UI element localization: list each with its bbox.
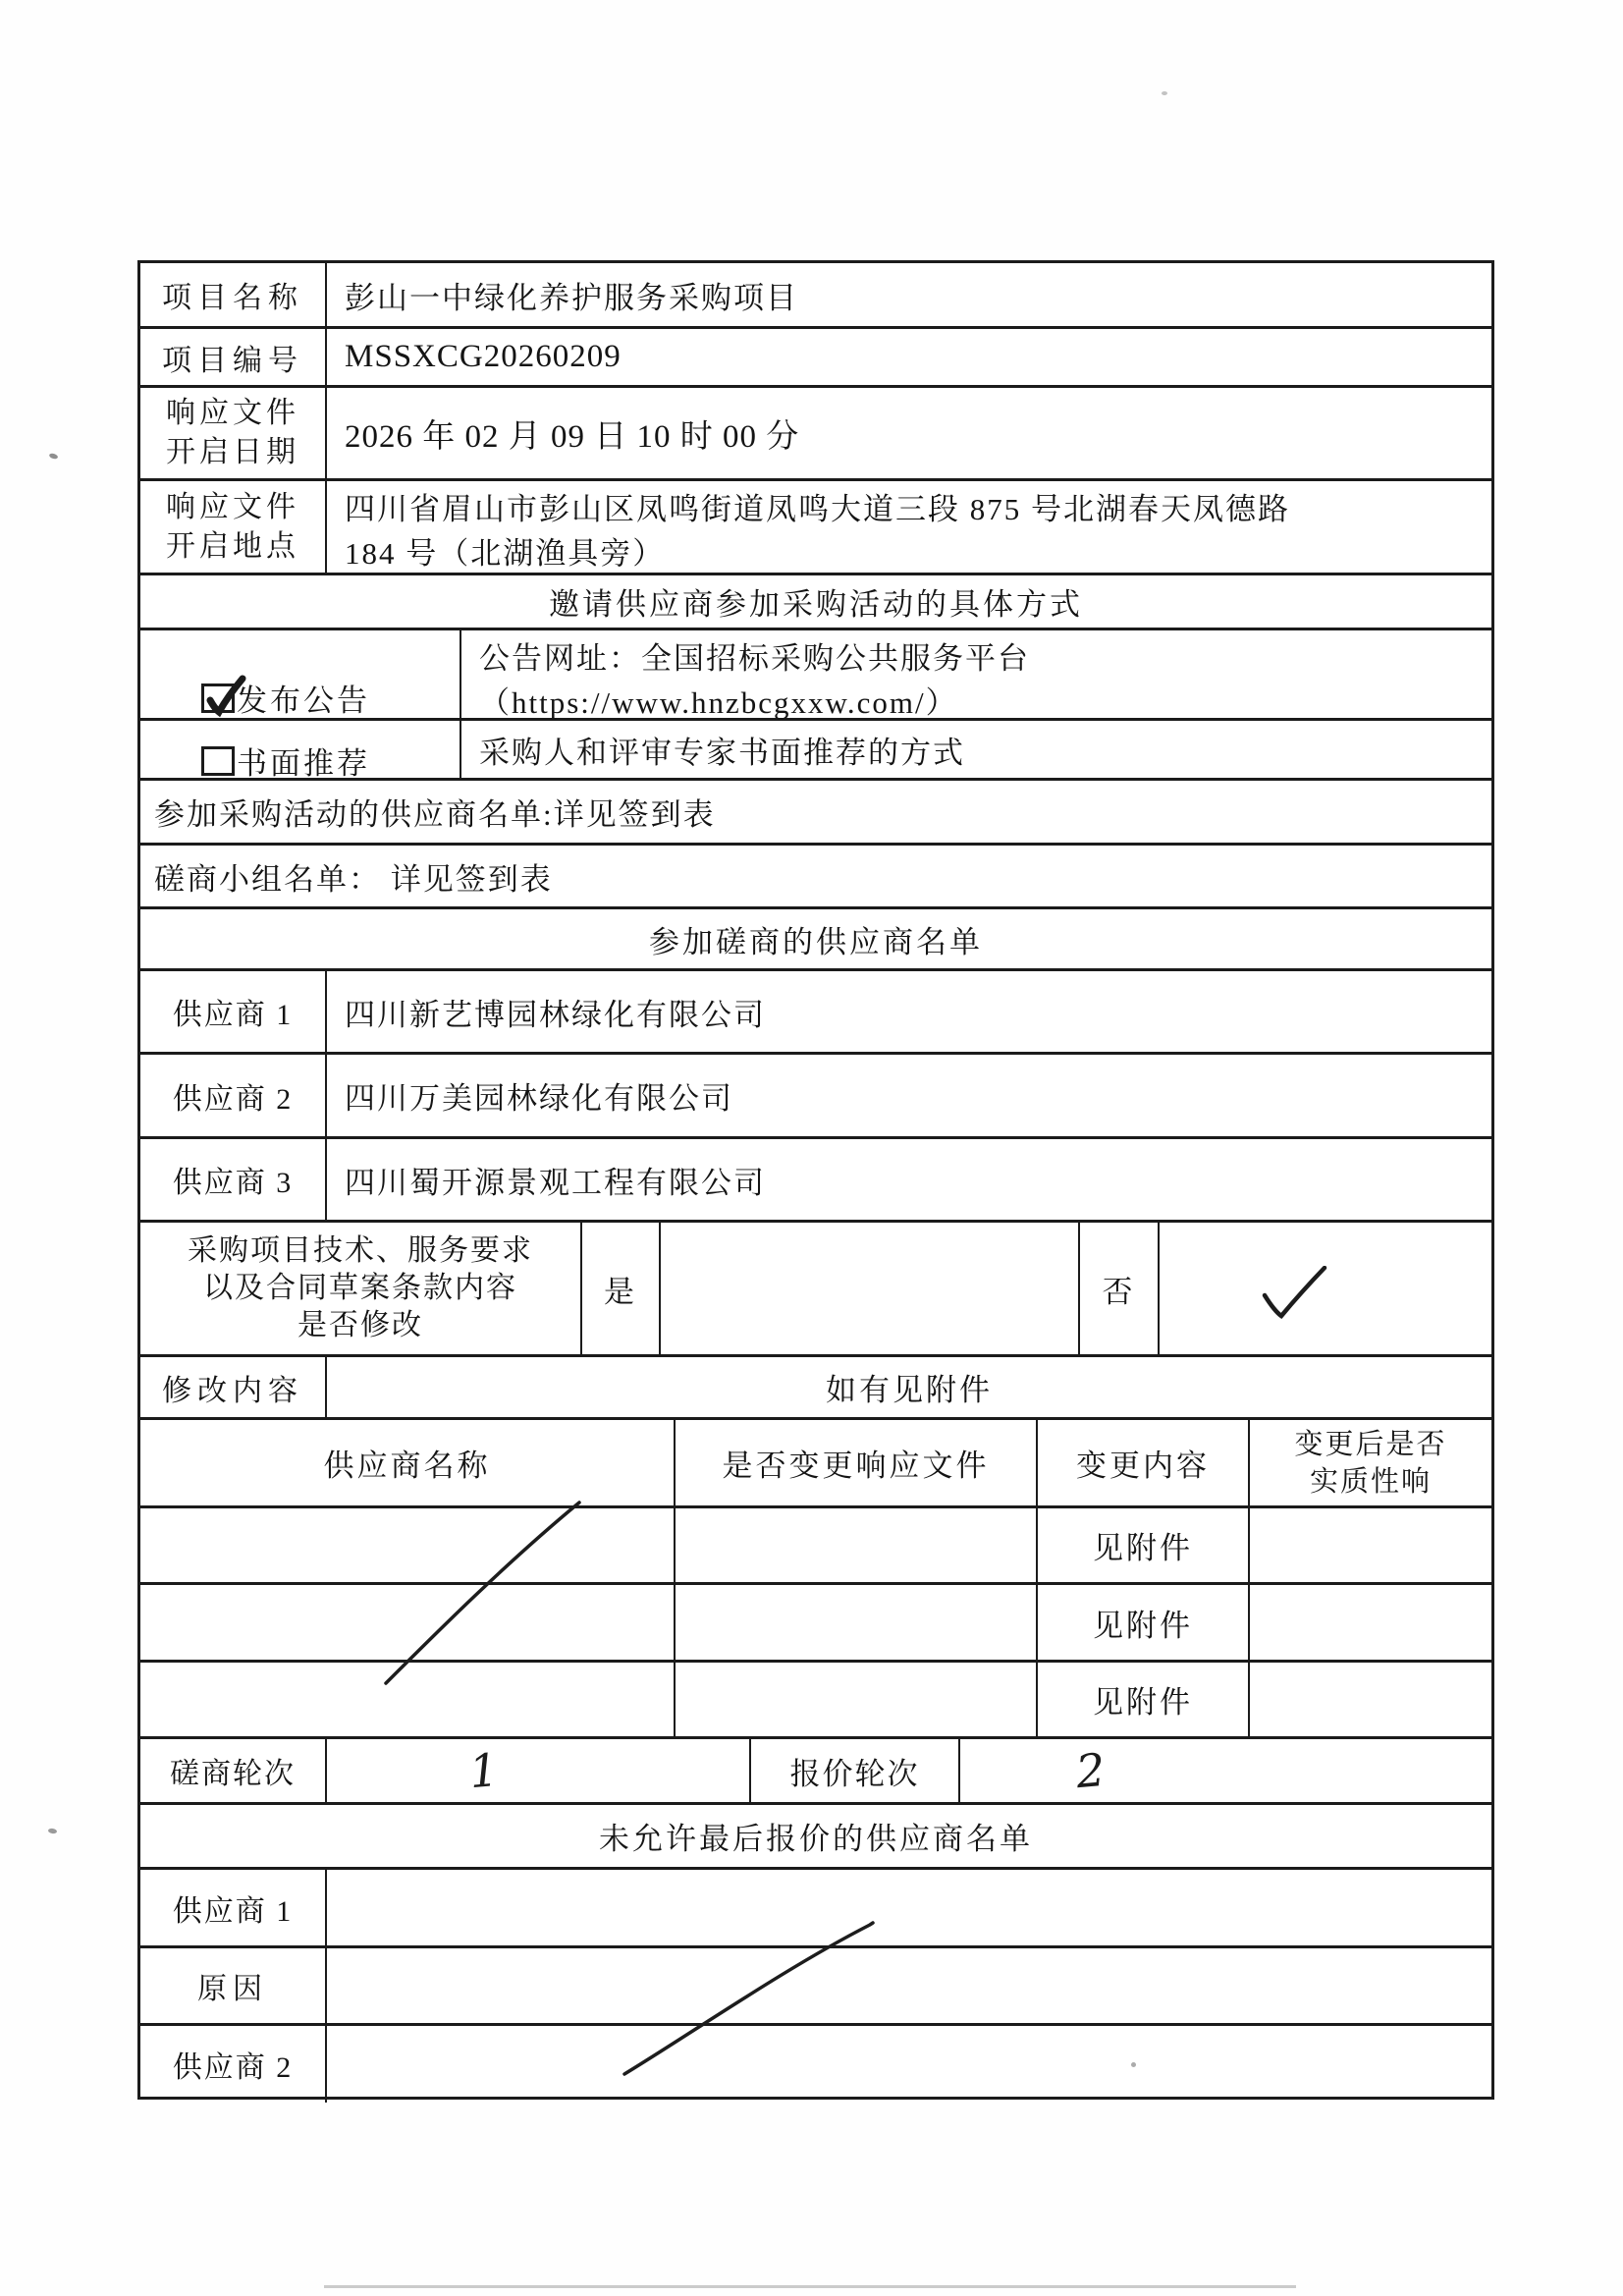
project-number-label: 项目编号 [140, 329, 327, 385]
written-recommendation-option: 书面推荐 [140, 721, 461, 778]
scan-speck [1131, 2062, 1136, 2067]
table-row: 见附件 [140, 1585, 1491, 1663]
table-row: 发布公告 公告网址：全国招标采购公共服务平台 （https://www.hnzb… [140, 630, 1491, 721]
table-row: 未允许最后报价的供应商名单 [140, 1805, 1491, 1870]
modification-yes-answer-cell [661, 1223, 1080, 1354]
invitation-method-header: 邀请供应商参加采购活动的具体方式 [140, 575, 1491, 628]
consultation-round-value: 1 [327, 1739, 751, 1802]
table-row: 供应商 3 四川蜀开源景观工程有限公司 [140, 1139, 1491, 1223]
project-name-value: 彭山一中绿化养护服务采购项目 [327, 263, 1491, 326]
scan-speck [1162, 91, 1167, 95]
label-line: 实质性响 [1310, 1463, 1432, 1501]
not-allowed-supplier-2-label: 供应商 2 [140, 2026, 327, 2103]
change-row-2-substantive [1250, 1585, 1491, 1660]
project-number-value: MSSXCG20260209 [327, 329, 1491, 385]
scanner-edge-artifact [324, 2285, 1296, 2288]
label-line: 响应文件 [166, 394, 299, 433]
change-row-3-changed [676, 1663, 1038, 1736]
panel-note: 磋商小组名单： 详见签到表 [140, 846, 1491, 906]
scanned-document-page: 项目名称 彭山一中绿化养护服务采购项目 项目编号 MSSXCG20260209 … [0, 0, 1623, 2296]
not-allowed-supplier-1-label: 供应商 1 [140, 1870, 327, 1945]
label-line: 响应文件 [166, 488, 299, 527]
scan-speck [48, 1828, 58, 1833]
table-row: 参加采购活动的供应商名单:详见签到表 [140, 781, 1491, 846]
quote-round-value: 2 [960, 1739, 1491, 1802]
modification-content-label: 修改内容 [140, 1357, 327, 1417]
change-row-3-supplier [140, 1663, 676, 1736]
modification-question-label: 采购项目技术、服务要求 以及合同草案条款内容 是否修改 [140, 1223, 582, 1354]
change-row-1-content: 见附件 [1038, 1508, 1250, 1582]
change-row-3-content: 见附件 [1038, 1663, 1250, 1736]
change-row-2-content: 见附件 [1038, 1585, 1250, 1660]
table-row: 修改内容 如有见附件 [140, 1357, 1491, 1420]
table-row: 响应文件 开启地点 四川省眉山市彭山区凤鸣街道凤鸣大道三段 875 号北湖春天凤… [140, 481, 1491, 575]
table-row: 见附件 [140, 1663, 1491, 1739]
supplier-2-name: 四川万美园林绿化有限公司 [327, 1055, 1491, 1136]
change-header-substantive: 变更后是否 实质性响 [1250, 1420, 1491, 1505]
response-open-date-label: 响应文件 开启日期 [140, 388, 327, 478]
table-row: 项目编号 MSSXCG20260209 [140, 329, 1491, 388]
change-row-3-substantive [1250, 1663, 1491, 1736]
publish-announcement-label: 发布公告 [237, 676, 370, 720]
consultation-round-label: 磋商轮次 [140, 1739, 327, 1802]
publish-announcement-checkbox [201, 683, 235, 713]
not-allowed-supplier-2-value [327, 2026, 1491, 2103]
announcement-url-line-1: 公告网址：全国招标采购公共服务平台 [479, 636, 1491, 681]
written-recommendation-checkbox [201, 746, 235, 776]
not-allowed-header: 未允许最后报价的供应商名单 [140, 1805, 1491, 1867]
modification-no-label: 否 [1080, 1223, 1160, 1354]
modification-yes-label: 是 [582, 1223, 661, 1354]
response-open-date-value: 2026 年 02 月 09 日 10 时 00 分 [327, 388, 1491, 478]
supplier-1-label: 供应商 1 [140, 971, 327, 1052]
supplier-3-label: 供应商 3 [140, 1139, 327, 1220]
label-line: 变更后是否 [1294, 1426, 1446, 1463]
table-row: 供应商名称 是否变更响应文件 变更内容 变更后是否 实质性响 [140, 1420, 1491, 1508]
modification-no-answer-cell [1160, 1223, 1491, 1354]
change-row-2-changed [676, 1585, 1038, 1660]
handwritten-checkmark-icon [1260, 1266, 1338, 1325]
supplier-3-name: 四川蜀开源景观工程有限公司 [327, 1139, 1491, 1220]
scan-speck [48, 453, 58, 461]
participants-note: 参加采购活动的供应商名单:详见签到表 [140, 781, 1491, 843]
table-row: 供应商 1 [140, 1870, 1491, 1948]
written-recommendation-label: 书面推荐 [237, 738, 370, 783]
written-recommendation-value: 采购人和评审专家书面推荐的方式 [461, 721, 1491, 778]
publish-announcement-option: 发布公告 [140, 630, 461, 718]
modification-content-value: 如有见附件 [327, 1357, 1491, 1417]
table-row: 磋商小组名单： 详见签到表 [140, 846, 1491, 909]
consultation-suppliers-header: 参加磋商的供应商名单 [140, 909, 1491, 968]
table-row: 供应商 2 [140, 2026, 1491, 2103]
change-header-supplier: 供应商名称 [140, 1420, 676, 1505]
procurement-record-table: 项目名称 彭山一中绿化养护服务采购项目 项目编号 MSSXCG20260209 … [137, 260, 1494, 2100]
table-row: 采购项目技术、服务要求 以及合同草案条款内容 是否修改 是 否 [140, 1223, 1491, 1357]
label-line: 开启日期 [166, 433, 299, 472]
address-line-1: 四川省眉山市彭山区凤鸣街道凤鸣大道三段 875 号北湖春天凤德路 [345, 487, 1491, 531]
table-row: 参加磋商的供应商名单 [140, 909, 1491, 971]
supplier-2-label: 供应商 2 [140, 1055, 327, 1136]
table-row: 见附件 [140, 1508, 1491, 1585]
handwritten-round-number: 2 [1074, 1743, 1108, 1798]
table-row: 响应文件 开启日期 2026 年 02 月 09 日 10 时 00 分 [140, 388, 1491, 481]
label-line: 是否修改 [298, 1307, 423, 1344]
change-header-content: 变更内容 [1038, 1420, 1250, 1505]
not-allowed-reason-label: 原因 [140, 1948, 327, 2023]
handwritten-round-number: 1 [467, 1743, 501, 1798]
handwritten-check-icon [200, 673, 251, 720]
table-row: 书面推荐 采购人和评审专家书面推荐的方式 [140, 721, 1491, 781]
quote-round-label: 报价轮次 [751, 1739, 960, 1802]
response-open-place-value: 四川省眉山市彭山区凤鸣街道凤鸣大道三段 875 号北湖春天凤德路 184 号（北… [327, 481, 1491, 573]
table-row: 邀请供应商参加采购活动的具体方式 [140, 575, 1491, 630]
table-row: 供应商 2 四川万美园林绿化有限公司 [140, 1055, 1491, 1139]
publish-announcement-value: 公告网址：全国招标采购公共服务平台 （https://www.hnzbcgxxw… [461, 630, 1491, 718]
change-header-changed: 是否变更响应文件 [676, 1420, 1038, 1505]
response-open-place-label: 响应文件 开启地点 [140, 481, 327, 573]
supplier-1-name: 四川新艺博园林绿化有限公司 [327, 971, 1491, 1052]
address-line-2: 184 号（北湖渔具旁） [345, 531, 1491, 575]
label-line: 开启地点 [166, 527, 299, 567]
label-line: 以及合同草案条款内容 [203, 1270, 517, 1307]
change-row-2-supplier [140, 1585, 676, 1660]
table-row: 原因 [140, 1948, 1491, 2026]
not-allowed-reason-value [327, 1948, 1491, 2023]
label-line: 采购项目技术、服务要求 [188, 1232, 533, 1270]
table-row: 项目名称 彭山一中绿化养护服务采购项目 [140, 263, 1491, 329]
project-name-label: 项目名称 [140, 263, 327, 326]
table-row: 磋商轮次 1 报价轮次 2 [140, 1739, 1491, 1805]
not-allowed-supplier-1-value [327, 1870, 1491, 1945]
change-row-1-changed [676, 1508, 1038, 1582]
announcement-url-line-2: （https://www.hnzbcgxxw.com/） [479, 681, 1491, 725]
change-row-1-substantive [1250, 1508, 1491, 1582]
change-row-1-supplier [140, 1508, 676, 1582]
table-row: 供应商 1 四川新艺博园林绿化有限公司 [140, 971, 1491, 1055]
